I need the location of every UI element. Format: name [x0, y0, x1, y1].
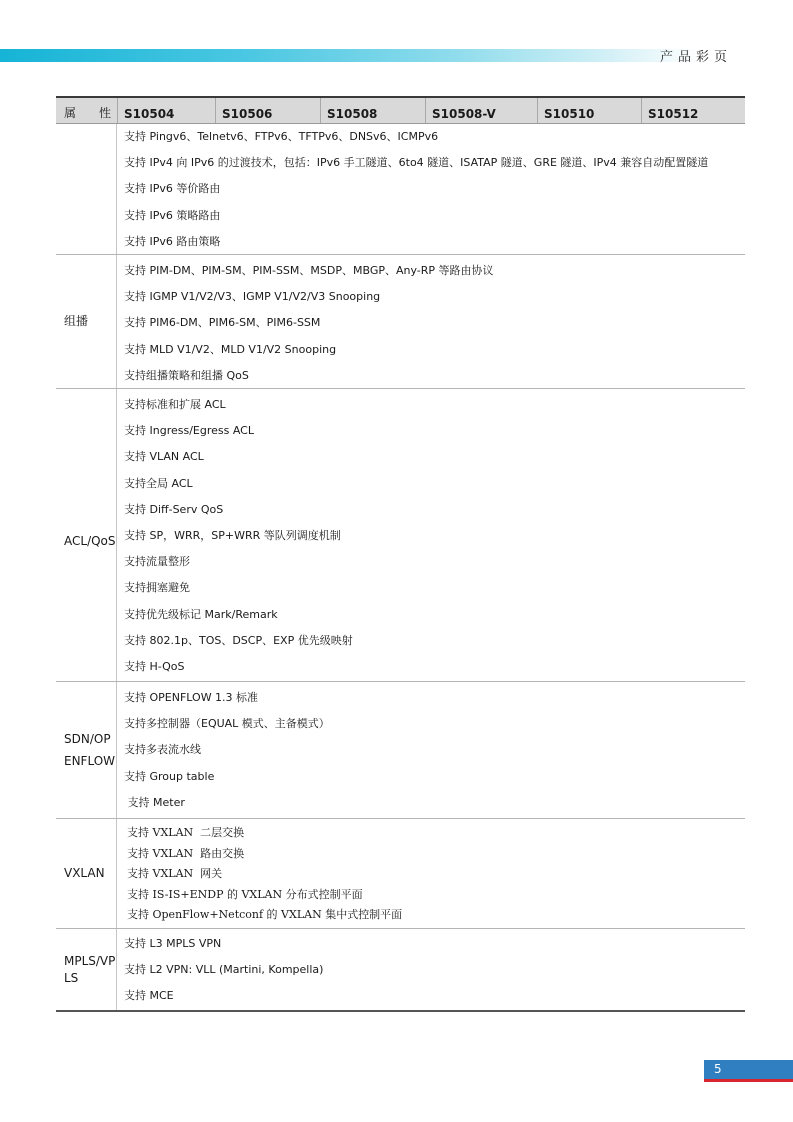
section-attribute [56, 124, 117, 254]
feature-item: 支持流量整形 [124, 549, 745, 575]
feature-item: 支持 IPv4 向 IPv6 的过渡技术，包括：IPv6 手工隧道、6to4 隧… [124, 150, 745, 176]
header-model: S10508 [320, 98, 425, 123]
section-sdn-openflow: SDN/OPENFLOW 支持 OPENFLOW 1.3 标准 支持多控制器（E… [56, 682, 745, 819]
section-items: 支持 OPENFLOW 1.3 标准 支持多控制器（EQUAL 模式、主备模式）… [117, 682, 745, 818]
section-multicast: 组播 支持 PIM-DM、PIM-SM、PIM-SSM、MSDP、MBGP、An… [56, 255, 745, 389]
feature-item: 支持优先级标记 Mark/Remark [124, 602, 745, 628]
section-items: 支持 PIM-DM、PIM-SM、PIM-SSM、MSDP、MBGP、Any-R… [117, 255, 745, 388]
header-model: S10510 [537, 98, 641, 123]
feature-item: 支持组播策略和组播 QoS [124, 363, 745, 389]
section-attribute: SDN/OPENFLOW [56, 682, 117, 818]
section-items: 支持 L3 MPLS VPN 支持 L2 VPN: VLL (Martini, … [117, 929, 745, 1010]
header-attr-right: 性 [99, 104, 111, 121]
header-model: S10508-V [425, 98, 537, 123]
feature-item: 支持 IS-IS+ENDP 的 VXLAN 分布式控制平面 [127, 885, 745, 906]
feature-item: 支持标准和扩展 ACL [124, 392, 745, 418]
feature-item: 支持 VXLAN 路由交换 [127, 844, 745, 865]
feature-item: 支持 PIM6-DM、PIM6-SM、PIM6-SSM [124, 310, 745, 336]
section-attribute: MPLS/VPLS [56, 929, 117, 1010]
feature-item: 支持 VXLAN 二层交换 [127, 823, 745, 844]
section-items: 支持 Pingv6、Telnetv6、FTPv6、TFTPv6、DNSv6、IC… [117, 124, 745, 254]
feature-item: 支持 MCE [124, 983, 745, 1009]
feature-item: 支持多表流水线 [124, 737, 745, 763]
feature-item: 支持全局 ACL [124, 471, 745, 497]
section-vxlan: VXLAN 支持 VXLAN 二层交换 支持 VXLAN 路由交换 支持 VXL… [56, 819, 745, 929]
feature-item: 支持 OPENFLOW 1.3 标准 [124, 685, 745, 711]
feature-item: 支持多控制器（EQUAL 模式、主备模式） [124, 711, 745, 737]
section-attribute: VXLAN [56, 819, 117, 928]
header-model: S10504 [117, 98, 215, 123]
section-ipv6: 支持 Pingv6、Telnetv6、FTPv6、TFTPv6、DNSv6、IC… [56, 124, 745, 255]
header-model: S10506 [215, 98, 320, 123]
feature-item: 支持 Pingv6、Telnetv6、FTPv6、TFTPv6、DNSv6、IC… [124, 124, 745, 150]
feature-item: 支持 L3 MPLS VPN [124, 931, 745, 957]
page-number: 5 [704, 1060, 793, 1079]
feature-item: 支持 Group table [124, 764, 745, 790]
feature-item: 支持 H-QoS [124, 654, 745, 680]
feature-item: 支持 IPv6 策略路由 [124, 203, 745, 229]
section-mpls-vpls: MPLS/VPLS 支持 L3 MPLS VPN 支持 L2 VPN: VLL … [56, 929, 745, 1012]
feature-item: 支持 Diff-Serv QoS [124, 497, 745, 523]
feature-item: 支持 MLD V1/V2、MLD V1/V2 Snooping [124, 337, 745, 363]
section-attribute: 组播 [56, 255, 117, 388]
feature-item: 支持 IGMP V1/V2/V3、IGMP V1/V2/V3 Snooping [124, 284, 745, 310]
feature-item: 支持 OpenFlow+Netconf 的 VXLAN 集中式控制平面 [127, 905, 745, 926]
feature-item: 支持 Ingress/Egress ACL [124, 418, 745, 444]
feature-item: 支持 IPv6 路由策略 [124, 229, 745, 255]
table-header-row: 属 性 S10504 S10506 S10508 S10508-V S10510… [56, 98, 745, 124]
feature-item: 支持 L2 VPN: VLL (Martini, Kompella) [124, 957, 745, 983]
spec-table: 属 性 S10504 S10506 S10508 S10508-V S10510… [56, 96, 745, 1012]
feature-item: 支持 VXLAN 网关 [127, 864, 745, 885]
header-attr-left: 属 [64, 104, 76, 121]
section-attribute: ACL/QoS [56, 389, 117, 681]
feature-item: 支持 IPv6 等价路由 [124, 176, 745, 202]
feature-item: 支持 802.1p、TOS、DSCP、EXP 优先级映射 [124, 628, 745, 654]
feature-item: 支持 Meter [124, 790, 745, 816]
header-model: S10512 [641, 98, 745, 123]
feature-item: 支持拥塞避免 [124, 575, 745, 601]
section-items: 支持 VXLAN 二层交换 支持 VXLAN 路由交换 支持 VXLAN 网关 … [117, 819, 745, 928]
header-gradient-banner [0, 49, 700, 62]
feature-item: 支持 SP，WRR，SP+WRR 等队列调度机制 [124, 523, 745, 549]
feature-item: 支持 VLAN ACL [124, 444, 745, 470]
page-number-accent-bar [704, 1079, 793, 1082]
feature-item: 支持 PIM-DM、PIM-SM、PIM-SSM、MSDP、MBGP、Any-R… [124, 258, 745, 284]
section-acl-qos: ACL/QoS 支持标准和扩展 ACL 支持 Ingress/Egress AC… [56, 389, 745, 682]
doc-title: 产品彩页 [660, 46, 732, 65]
header-attribute: 属 性 [56, 98, 117, 123]
section-items: 支持标准和扩展 ACL 支持 Ingress/Egress ACL 支持 VLA… [117, 389, 745, 681]
